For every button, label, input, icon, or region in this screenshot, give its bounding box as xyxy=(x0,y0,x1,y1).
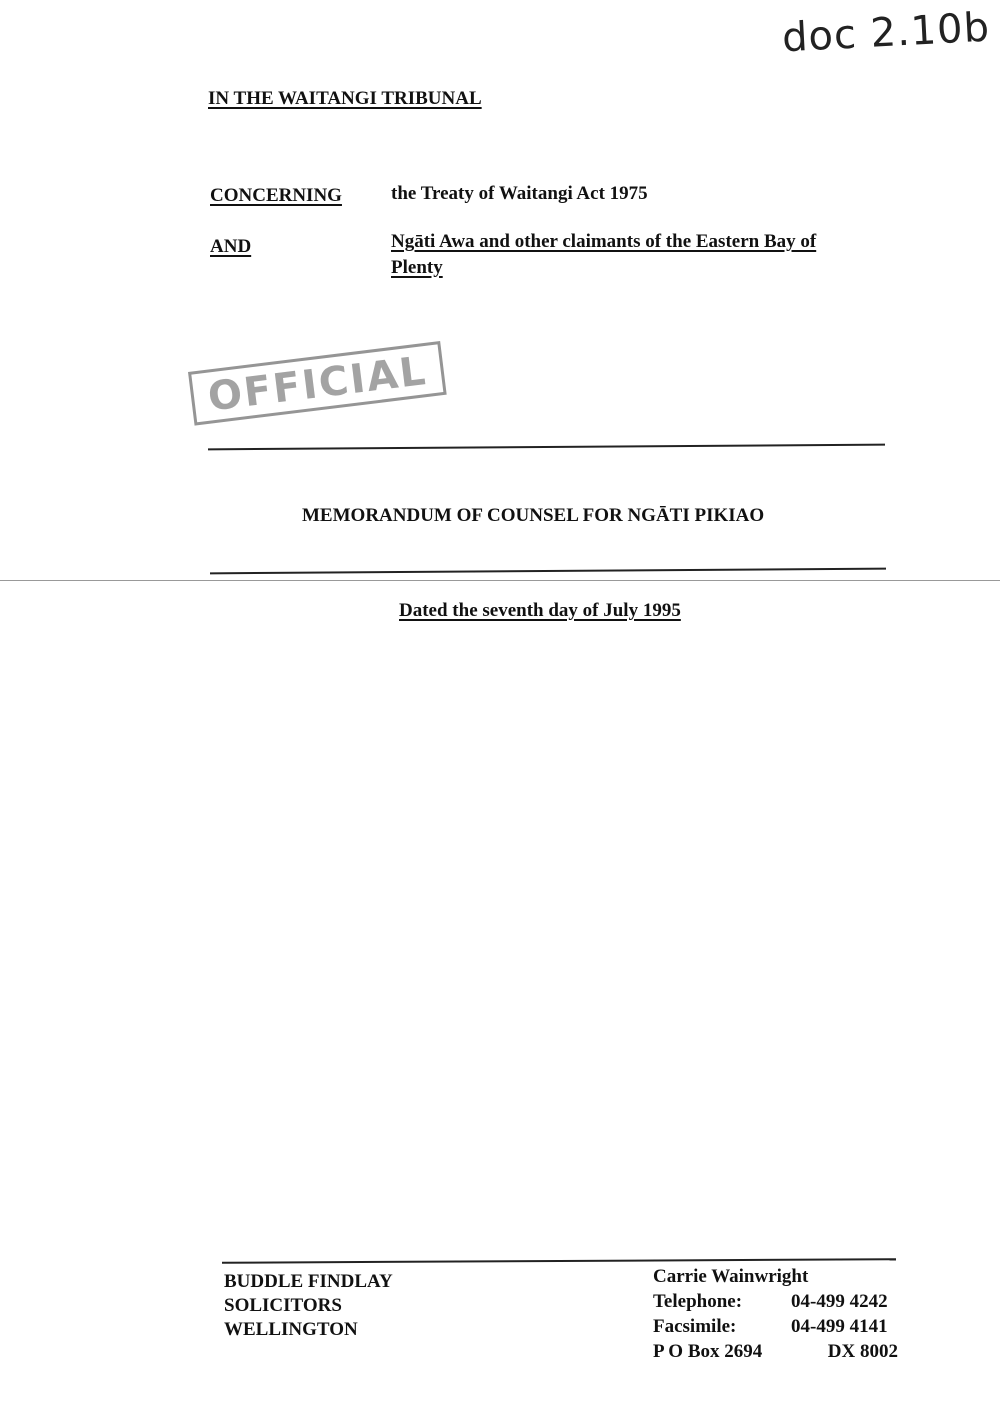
facsimile-row: Facsimile: 04-499 4141 xyxy=(653,1314,898,1339)
footer-rule xyxy=(222,1258,896,1264)
contact-block: Carrie Wainwright Telephone: 04-499 4242… xyxy=(653,1264,898,1364)
scan-fold-line xyxy=(0,580,1000,581)
and-value-line1: Ngāti Awa and other claimants of the Eas… xyxy=(391,231,816,253)
official-stamp: OFFICIAL xyxy=(188,341,447,426)
document-title: MEMORANDUM OF COUNSEL FOR NGĀTI PIKIAO xyxy=(302,505,764,527)
facsimile-number: 04-499 4141 xyxy=(791,1314,888,1339)
firm-block: BUDDLE FINDLAY SOLICITORS WELLINGTON xyxy=(224,1270,393,1342)
and-value-line2: Plenty xyxy=(391,257,443,279)
handwritten-document-reference: doc 2.10b xyxy=(781,5,991,62)
concerning-label: CONCERNING xyxy=(210,185,342,207)
tribunal-heading: IN THE WAITANGI TRIBUNAL xyxy=(208,88,482,110)
firm-type: SOLICITORS xyxy=(224,1294,393,1318)
telephone-row: Telephone: 04-499 4242 xyxy=(653,1289,898,1314)
po-box-row: P O Box 2694 DX 8002 xyxy=(653,1339,898,1364)
dx-number: DX 8002 xyxy=(828,1339,898,1364)
concerning-value: the Treaty of Waitangi Act 1975 xyxy=(391,183,648,205)
title-rule-bottom xyxy=(210,568,886,575)
telephone-number: 04-499 4242 xyxy=(791,1289,888,1314)
po-box: P O Box 2694 xyxy=(653,1339,762,1364)
facsimile-label: Facsimile: xyxy=(653,1314,791,1339)
dated-line: Dated the seventh day of July 1995 xyxy=(399,600,681,622)
firm-city: WELLINGTON xyxy=(224,1318,393,1342)
firm-name: BUDDLE FINDLAY xyxy=(224,1270,393,1294)
title-rule-top xyxy=(208,444,885,451)
contact-name: Carrie Wainwright xyxy=(653,1264,898,1289)
telephone-label: Telephone: xyxy=(653,1289,791,1314)
and-label: AND xyxy=(210,236,251,258)
